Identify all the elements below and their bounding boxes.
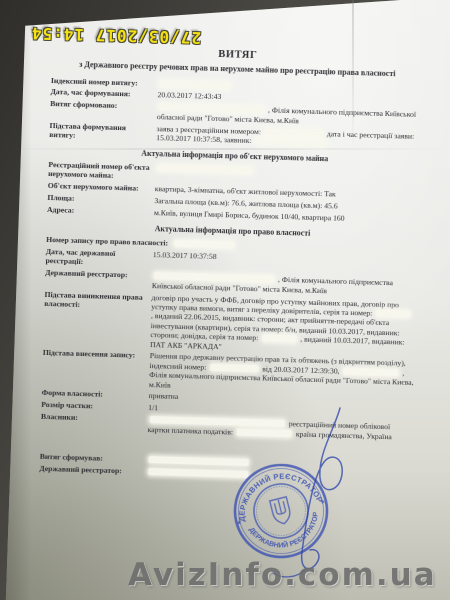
redacted-value [157, 164, 252, 174]
field-label: Підстава формування витягу: [49, 121, 157, 143]
field-label: Реєстраційний номер об'єкта нерухомого м… [48, 160, 156, 182]
redacted-value [265, 128, 323, 137]
field-label: Об'єкт нерухомого майна: [48, 181, 155, 194]
redacted-value [255, 137, 325, 146]
field-value [172, 239, 236, 250]
field-label: Витяг сформував: [40, 452, 147, 465]
field-label: Розмір частки: [41, 400, 148, 413]
value-text: 20.03.2017 12:43:43 [157, 91, 221, 102]
redacted-value [174, 240, 234, 249]
field-label: Адреса: [47, 205, 154, 218]
watermark-text: AvizInfo.com.ua [128, 557, 437, 593]
redacted-value [210, 364, 258, 372]
redacted-value [262, 335, 296, 343]
field-row: Підстава виникнення права власності:дого… [43, 289, 417, 356]
value-text: 15.03.2017 10:37:58 [153, 250, 217, 261]
field-label: Індексний номер витягу: [51, 76, 158, 89]
field-label: Витяг сформовано: [50, 99, 158, 121]
field-label: Державний реєстратор: [39, 464, 146, 477]
redacted-value [343, 368, 398, 377]
redacted-value [376, 310, 410, 318]
field-label: Підстава виникнення права власності: [43, 289, 152, 348]
field-label: Номер запису про право власності: [46, 235, 172, 248]
redacted-value [149, 456, 249, 466]
redacted-value [160, 80, 230, 89]
value-text: приватна [148, 392, 178, 402]
field-label: Дата, час державної реєстрації: [45, 247, 153, 269]
field-label: Площа: [47, 193, 154, 206]
field-label: Підстава внесення запису: [42, 348, 150, 389]
photo-frame: ВИТЯГ з Державного реєстру речових прав … [0, 0, 450, 600]
field-label: Державний реєстратор: [45, 268, 153, 290]
value-text: 1/1 [148, 403, 158, 412]
field-label: Дата, час формування: [50, 87, 157, 100]
field-label: Власники: [41, 412, 149, 434]
field-label: Форма власності: [42, 388, 149, 401]
field-value: Рішення про державну реєстрацію прав та … [149, 351, 415, 396]
field-value: договір про участь у ФФБ, договір про ус… [150, 293, 417, 357]
